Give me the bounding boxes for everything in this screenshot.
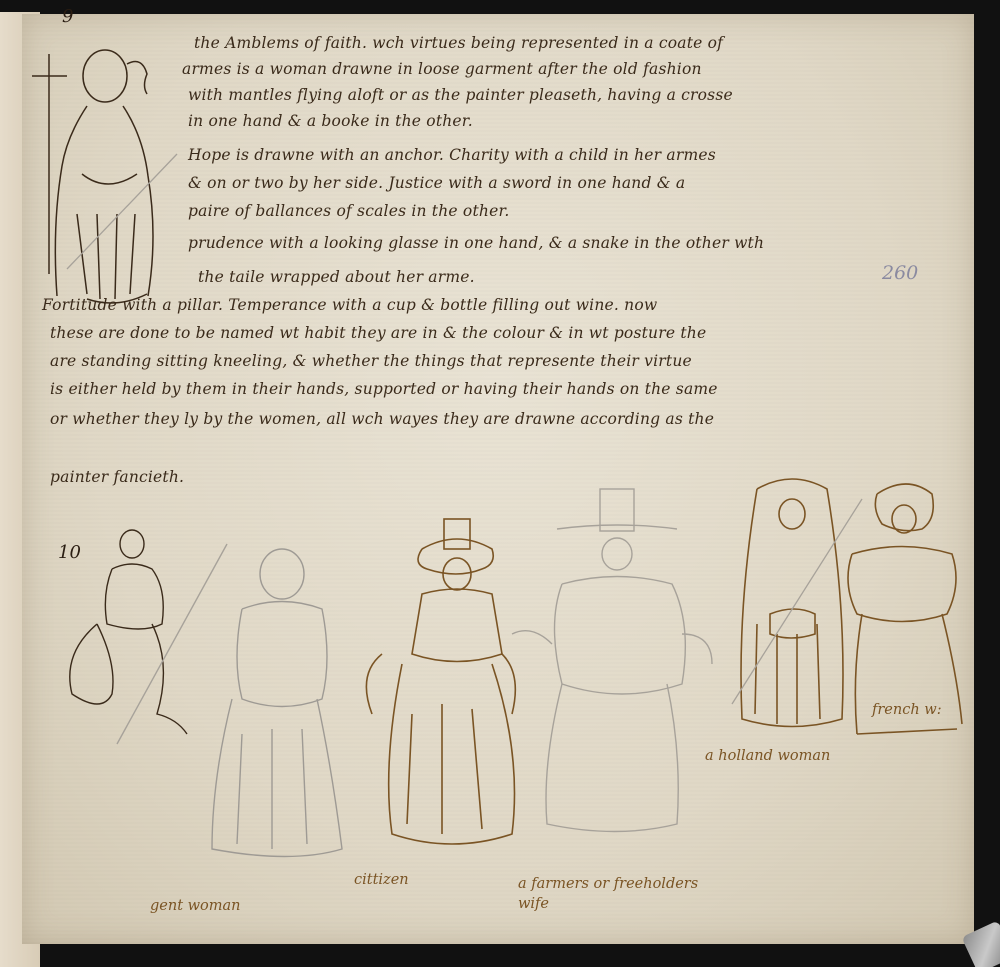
- text-line: these are done to be named wt habit they…: [50, 324, 706, 342]
- caption-citizen: cittizen: [354, 872, 409, 888]
- seated-woman-figure: [70, 530, 187, 734]
- caption-farmers-wife-line1: a farmers or freeholders: [518, 876, 698, 892]
- text-line: is either held by them in their hands, s…: [50, 380, 718, 398]
- costume-figures-sketch: [42, 514, 972, 894]
- text-line: Hope is drawne with an anchor. Charity w…: [188, 146, 716, 164]
- french-woman-figure: [848, 484, 962, 734]
- text-line: the Amblems of faith. wch virtues being …: [194, 34, 723, 52]
- text-line: paire of ballances of scales in the othe…: [188, 202, 509, 220]
- text-line: painter fancieth.: [50, 468, 184, 486]
- section-number-9: 9: [62, 6, 73, 27]
- caption-farmers-wife-line2: wife: [518, 896, 549, 912]
- caption-gentlewoman: gent woman: [150, 898, 241, 914]
- manuscript-page: 9 10 260 the Amblems of faith. wch virtu…: [22, 14, 974, 944]
- citizen-figure: [366, 519, 515, 844]
- text-line: in one hand & a booke in the other.: [188, 112, 473, 130]
- text-line: the taile wrapped about her arme.: [198, 268, 475, 286]
- text-line: Fortitude with a pillar. Temperance with…: [42, 296, 657, 314]
- text-line: armes is a woman drawne in loose garment…: [182, 60, 702, 78]
- text-line: prudence with a looking glasse in one ha…: [188, 234, 764, 252]
- gentlewoman-figure: [212, 549, 342, 857]
- caption-holland-woman: a holland woman: [705, 748, 830, 764]
- faith-figure-sketch: [27, 34, 187, 304]
- caption-french-woman: french w:: [872, 702, 942, 718]
- holland-woman-figure: [741, 479, 843, 727]
- text-line: or whether they ly by the women, all wch…: [50, 410, 714, 428]
- text-line: with mantles flying aloft or as the pain…: [188, 86, 733, 104]
- folio-number: 260: [882, 262, 918, 284]
- text-line: are standing sitting kneeling, & whether…: [50, 352, 692, 370]
- farmers-wife-figure: [512, 489, 712, 832]
- text-line: & on or two by her side. Justice with a …: [188, 174, 685, 192]
